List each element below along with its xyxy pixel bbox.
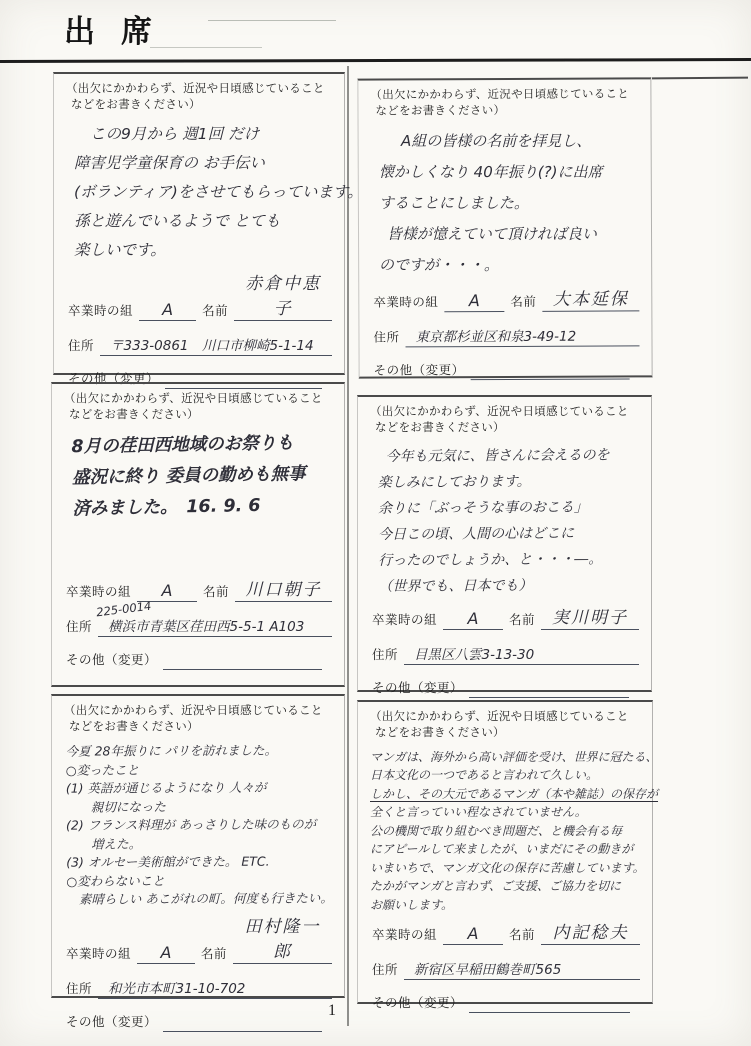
prompt-text: （出欠にかかわらず、近況や日頃感じていること などをお書きください） (370, 404, 641, 437)
title-rule (0, 58, 751, 63)
class-field-label: 卒業時の組 (373, 292, 438, 312)
handwritten-message: マンガは、海外から高い評価を受け、世界に冠たる、 日本文化の一つであると言われて… (370, 748, 642, 915)
card-form: 卒業時の組 A 名前 大本延保 住所 東京都杉並区和泉3-49-12 その他（変… (371, 284, 641, 393)
other-field-label: その他（変更） (66, 1012, 157, 1032)
message-line: 今年も元気に、皆さんに会えるのを (377, 442, 640, 470)
scanned-attendance-sheet: 出席 （出欠にかかわらず、近況や日頃感じていること などをお書きください） この… (0, 0, 751, 1046)
name-field-value: 赤倉中恵子 (234, 269, 332, 321)
response-card: （出欠にかかわらず、近況や日頃感じていること などをお書きください） マンガは、… (357, 700, 653, 1004)
handwritten-message: A組の皆様の名前を拝見し、 懐かしくなり 40年振り(?)に出席 することにしま… (371, 126, 641, 281)
prompt-line: （出欠にかかわらず、近況や日頃感じていること (370, 86, 640, 104)
prompt-text: （出欠にかかわらず、近況や日頃感じていること などをお書きください） (370, 709, 642, 742)
other-row: その他（変更） (66, 1012, 332, 1032)
name-field-value: 実川明子 (541, 603, 639, 630)
prompt-line: （出欠にかかわらず、近況や日頃感じていること (64, 391, 334, 407)
address-field-label: 住所 (66, 617, 92, 637)
prompt-text: （出欠にかかわらず、近況や日頃感じていること などをお書きください） (66, 81, 334, 114)
address-row: 住所 新宿区早稲田鶴巻町565 (372, 958, 640, 980)
class-name-row: 卒業時の組 A 名前 川口朝子 (66, 575, 332, 602)
message-line: 楽しみにしております。 (378, 468, 641, 496)
address-field-label: 住所 (66, 979, 92, 999)
handwritten-message: 今夏 28年振りに パリを訪れました。 ○変ったこと (1) 英語が通じるように… (64, 741, 335, 909)
prompt-line: などをお書きください） (370, 725, 642, 741)
address-field-label: 住所 (372, 645, 398, 665)
message-line: することにしました。 (379, 188, 641, 219)
name-field-label: 名前 (510, 292, 536, 312)
prompt-line: （出欠にかかわらず、近況や日頃感じていること (370, 404, 641, 420)
prompt-text: （出欠にかかわらず、近況や日頃感じていること などをお書きください） (370, 86, 640, 120)
message-line: いまいちで、マンガ文化の保存に苦慮しています。 (370, 859, 642, 878)
prompt-line: などをお書きください） (370, 103, 640, 121)
address-field-value: 〒333-0861 川口市柳崎5-1-14 (100, 334, 332, 356)
message-line: 孫と遊んでいるようで とても (74, 207, 334, 236)
message-line: 今日この頃、人間の心はどこに (378, 520, 641, 548)
message-line: お願いします。 (370, 896, 642, 915)
class-field-label: 卒業時の組 (372, 610, 437, 630)
other-row: その他（変更） (372, 993, 640, 1013)
message-line: のですが・・・。 (379, 250, 641, 281)
response-card: （出欠にかかわらず、近況や日頃感じていること などをお書きください） 今夏 28… (51, 694, 345, 998)
other-field-label: その他（変更） (66, 650, 157, 670)
message-line: ○変ったこと (66, 759, 334, 779)
message-line: (1) 英語が通じるようになり 人々が (66, 778, 334, 798)
handwritten-message: 8月の荏田西地域のお祭りも 盛況に終り 委員の勤めも無事 済みました。 16. … (63, 427, 335, 525)
card-form: 卒業時の組 A 名前 田村隆一郎 住所 和光市本町31-10-702 その他（変… (64, 912, 334, 1045)
message-line: 障害児学童保育の お手伝い (74, 149, 334, 178)
message-line: たかがマンガと言わず、ご支援、ご協力を切に (370, 877, 642, 896)
class-field-value: A (443, 924, 503, 945)
message-line: A組の皆様の名前を拝見し、 (379, 126, 641, 157)
class-field-value: A (444, 291, 504, 312)
prompt-line: などをお書きください） (370, 420, 641, 436)
address-row: 住所 和光市本町31-10-702 (66, 977, 332, 999)
class-field-label: 卒業時の組 (66, 582, 131, 602)
message-line: 済みました。 16. 9. 6 (72, 489, 335, 525)
class-field-value: A (137, 943, 195, 964)
card-form: 卒業時の組 A 名前 実川明子 住所 目黒区八雲3-13-30 その他（変更） (370, 603, 641, 711)
page-number: 1 (328, 1002, 336, 1020)
response-card: （出欠にかかわらず、近況や日頃感じていること などをお書きください） この9月か… (53, 72, 345, 375)
message-line: 公の機関で取り組むべき問題だ、と機会有る毎 (370, 822, 642, 841)
name-field-label: 名前 (509, 925, 535, 945)
card-border-extension (652, 77, 748, 80)
message-line: 素晴らしい あこがれの町。何度も行きたい。 (66, 889, 334, 909)
other-field-underline (163, 651, 322, 670)
address-field-value: 東京都杉並区和泉3-49-12 (405, 324, 639, 347)
class-name-row: 卒業時の組 A 名前 内記稔夫 (372, 918, 640, 945)
prompt-line: （出欠にかかわらず、近況や日頃感じていること (370, 709, 642, 725)
address-row: 住所 〒333-0861 川口市柳崎5-1-14 (68, 334, 332, 356)
message-line: ○変わらないこと (66, 870, 334, 890)
message-line: この9月から 週1回 だけ (74, 120, 334, 149)
class-name-row: 卒業時の組 A 名前 実川明子 (372, 603, 639, 630)
message-line: 増えた。 (66, 833, 334, 853)
address-row: 住所 目黒区八雲3-13-30 (372, 643, 639, 665)
message-line: 8月の荏田西地域のお祭りも (71, 427, 334, 463)
other-field-underline (469, 994, 630, 1013)
address-field-value: 新宿区早稲田鶴巻町565 (404, 958, 640, 980)
other-field-label: その他（変更） (374, 360, 465, 380)
message-line: 行ったのでしょうか、と・・・―。 (378, 546, 641, 574)
other-field-label: その他（変更） (372, 993, 463, 1013)
message-line: （世界でも、日本でも） (378, 572, 641, 600)
page-title: 出席 (64, 6, 178, 51)
class-field-label: 卒業時の組 (68, 301, 133, 321)
message-line: (2) フランス料理が あっさりした味のものが (66, 815, 334, 835)
address-row: 住所 東京都杉並区和泉3-49-12 (373, 324, 639, 347)
handwritten-message: 今年も元気に、皆さんに会えるのを 楽しみにしております。 余りに「ぶっそうな事の… (369, 442, 641, 600)
address-field-value: 目黒区八雲3-13-30 (404, 643, 639, 665)
response-card: （出欠にかかわらず、近況や日頃感じていること などをお書きください） A組の皆様… (357, 77, 652, 378)
address-row: 225-0014 住所 横浜市青葉区荏田西5-5-1 A103 (66, 615, 332, 637)
address-field-label: 住所 (68, 336, 94, 356)
message-line: 懐かしくなり 40年振り(?)に出席 (379, 157, 641, 188)
message-line: 日本文化の一つであると言われて久しい。 (370, 766, 642, 785)
name-field-label: 名前 (203, 582, 229, 602)
address-field-label: 住所 (372, 960, 398, 980)
name-field-value: 田村隆一郎 (233, 912, 332, 964)
class-field-label: 卒業時の組 (66, 944, 131, 964)
address-field-value: 横浜市青葉区荏田西5-5-1 A103 (98, 615, 332, 637)
class-field-label: 卒業時の組 (372, 925, 437, 945)
other-field-underline (471, 360, 630, 380)
handwritten-message: この9月から 週1回 だけ 障害児学童保育の お手伝い (ボランティア)をさせて… (66, 120, 334, 265)
other-row: その他（変更） (372, 678, 639, 698)
card-form: 卒業時の組 A 名前 川口朝子 225-0014 住所 横浜市青葉区荏田西5-5… (64, 575, 334, 683)
other-field-underline (469, 679, 629, 698)
class-field-value: A (443, 609, 503, 630)
message-line: 楽しいです。 (74, 236, 334, 265)
response-card: （出欠にかかわらず、近況や日頃感じていること などをお書きください） 今年も元気… (357, 395, 652, 692)
scan-artifact-line (150, 47, 262, 48)
message-line: マンガは、海外から高い評価を受け、世界に冠たる、 (370, 748, 642, 767)
name-field-label: 名前 (201, 944, 227, 964)
message-line: (ボランティア)をさせてもらっています。 (74, 178, 334, 207)
class-name-row: 卒業時の組 A 名前 赤倉中恵子 (68, 269, 332, 321)
class-field-value: A (139, 300, 196, 321)
prompt-text: （出欠にかかわらず、近況や日頃感じていること などをお書きください） (64, 391, 334, 424)
name-field-value: 川口朝子 (235, 575, 332, 602)
class-name-row: 卒業時の組 A 名前 大本延保 (373, 284, 639, 312)
message-line: にアピールして来ましたが、いまだにその動きが (370, 840, 642, 859)
prompt-text: （出欠にかかわらず、近況や日頃感じていること などをお書きください） (64, 703, 334, 736)
card-form: 卒業時の組 A 名前 内記稔夫 住所 新宿区早稲田鶴巻町565 その他（変更） (370, 918, 642, 1026)
prompt-line: などをお書きください） (66, 97, 334, 113)
other-row: その他（変更） (66, 650, 332, 670)
message-line: 親切になった (66, 796, 334, 816)
prompt-line: などをお書きください） (64, 407, 334, 423)
name-field-value: 内記稔夫 (541, 918, 640, 945)
response-card: （出欠にかかわらず、近況や日頃感じていること などをお書きください） 8月の荏田… (51, 382, 345, 687)
message-line: しかし、その大元であるマンガ（本や雑誌）の保存が (370, 785, 642, 804)
other-field-underline (163, 1013, 322, 1032)
message-line: 盛況に終り 委員の勤めも無事 (72, 458, 335, 494)
name-field-value: 大本延保 (542, 284, 639, 311)
scan-artifact-line (208, 20, 336, 21)
name-field-label: 名前 (509, 610, 535, 630)
other-row: その他（変更） (374, 359, 640, 380)
column-divider (347, 66, 349, 1026)
class-name-row: 卒業時の組 A 名前 田村隆一郎 (66, 912, 332, 964)
address-field-value: 和光市本町31-10-702 (98, 977, 332, 999)
address-field-label: 住所 (373, 327, 399, 347)
prompt-line: などをお書きください） (64, 719, 334, 735)
message-line: 今夏 28年振りに パリを訪れました。 (66, 741, 334, 761)
message-line: 皆様が憶えていて頂ければ良い (379, 219, 641, 250)
message-line: 余りに「ぶっそうな事のおこる」 (378, 494, 641, 522)
prompt-line: （出欠にかかわらず、近況や日頃感じていること (66, 81, 334, 97)
other-field-label: その他（変更） (372, 678, 463, 698)
prompt-line: （出欠にかかわらず、近況や日頃感じていること (64, 703, 334, 719)
name-field-label: 名前 (202, 301, 228, 321)
message-line: 全くと言っていい程なされていません。 (370, 803, 642, 822)
message-line: (3) オルセー美術館ができた。 ETC. (66, 852, 334, 872)
